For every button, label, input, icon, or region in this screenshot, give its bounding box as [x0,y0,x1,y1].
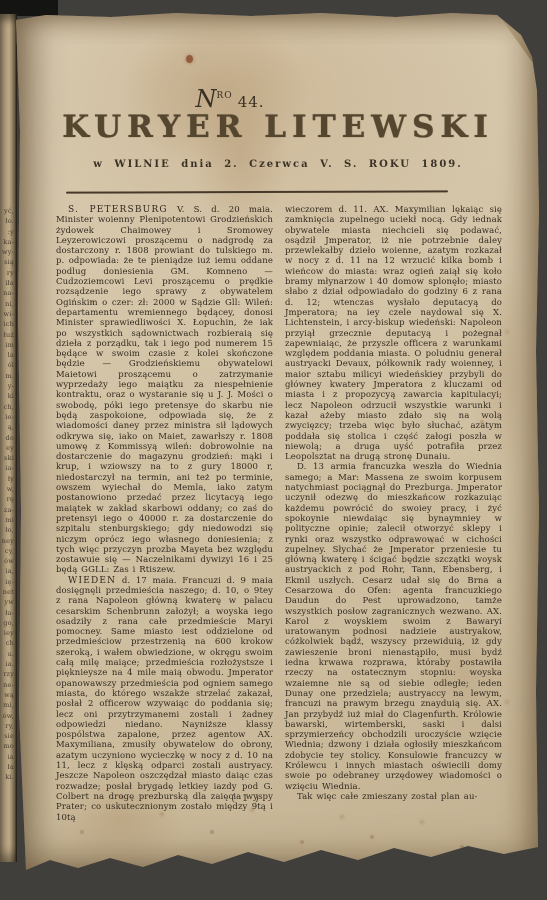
article-wien-d13: D. 13 armia francuzka weszła do Wiednia … [285,462,502,792]
header-rule [66,190,448,193]
right-column: wieczorem d. 11. AX. Maxymilian lękaiąc … [285,205,502,823]
article-petersburg: S. PETERSBURG V. S. d. 20 maia. Minister… [56,205,273,576]
article-wien-continuation: wieczorem d. 11. AX. Maxymilian lękaiąc … [285,205,502,462]
left-column: S. PETERSBURG V. S. d. 20 maia. Minister… [56,205,273,823]
article-closing-line: Tak więc całe zmieszany został plan au- [285,792,502,802]
article-petersburg-text: V. S. d. 20 maia. Minister woienny Pleni… [56,205,273,575]
body-columns: S. PETERSBURG V. S. d. 20 maia. Minister… [56,205,502,823]
masthead-title: KURYER LITEWSKI [16,108,540,146]
article-wien: WIEDEN d. 17 maia. Francuzi d. 9 maia do… [56,576,273,823]
article-wien-heading: WIEDEN [68,576,116,586]
stain-spot [186,55,193,63]
facing-page-edge: yć, ło. :y ka- wy- sią ry iła na- ni, wi… [0,14,17,862]
article-wien-text: d. 17 maia. Francuzi d. 9 maia dosięgnęl… [56,576,273,823]
newspaper-scan: yć, ło. :y ka- wy- sią ry iła na- ni, wi… [0,0,547,900]
page-number: ( 1 ) [206,793,286,804]
dateline: w WILNIE dnia 2. Czerwca V. S. ROKU 1809… [16,159,540,170]
page-corner-fold [471,11,540,73]
issue-number-superscript: RO [216,91,232,101]
article-petersburg-heading: S. PETERSBURG [68,205,168,215]
facing-page-text-fragments: yć, ło. :y ka- wy- sią ry iła na- ni, wi… [1,206,14,783]
newspaper-page: NRO 44. KURYER LITEWSKI w WILNIE dnia 2.… [16,11,540,873]
